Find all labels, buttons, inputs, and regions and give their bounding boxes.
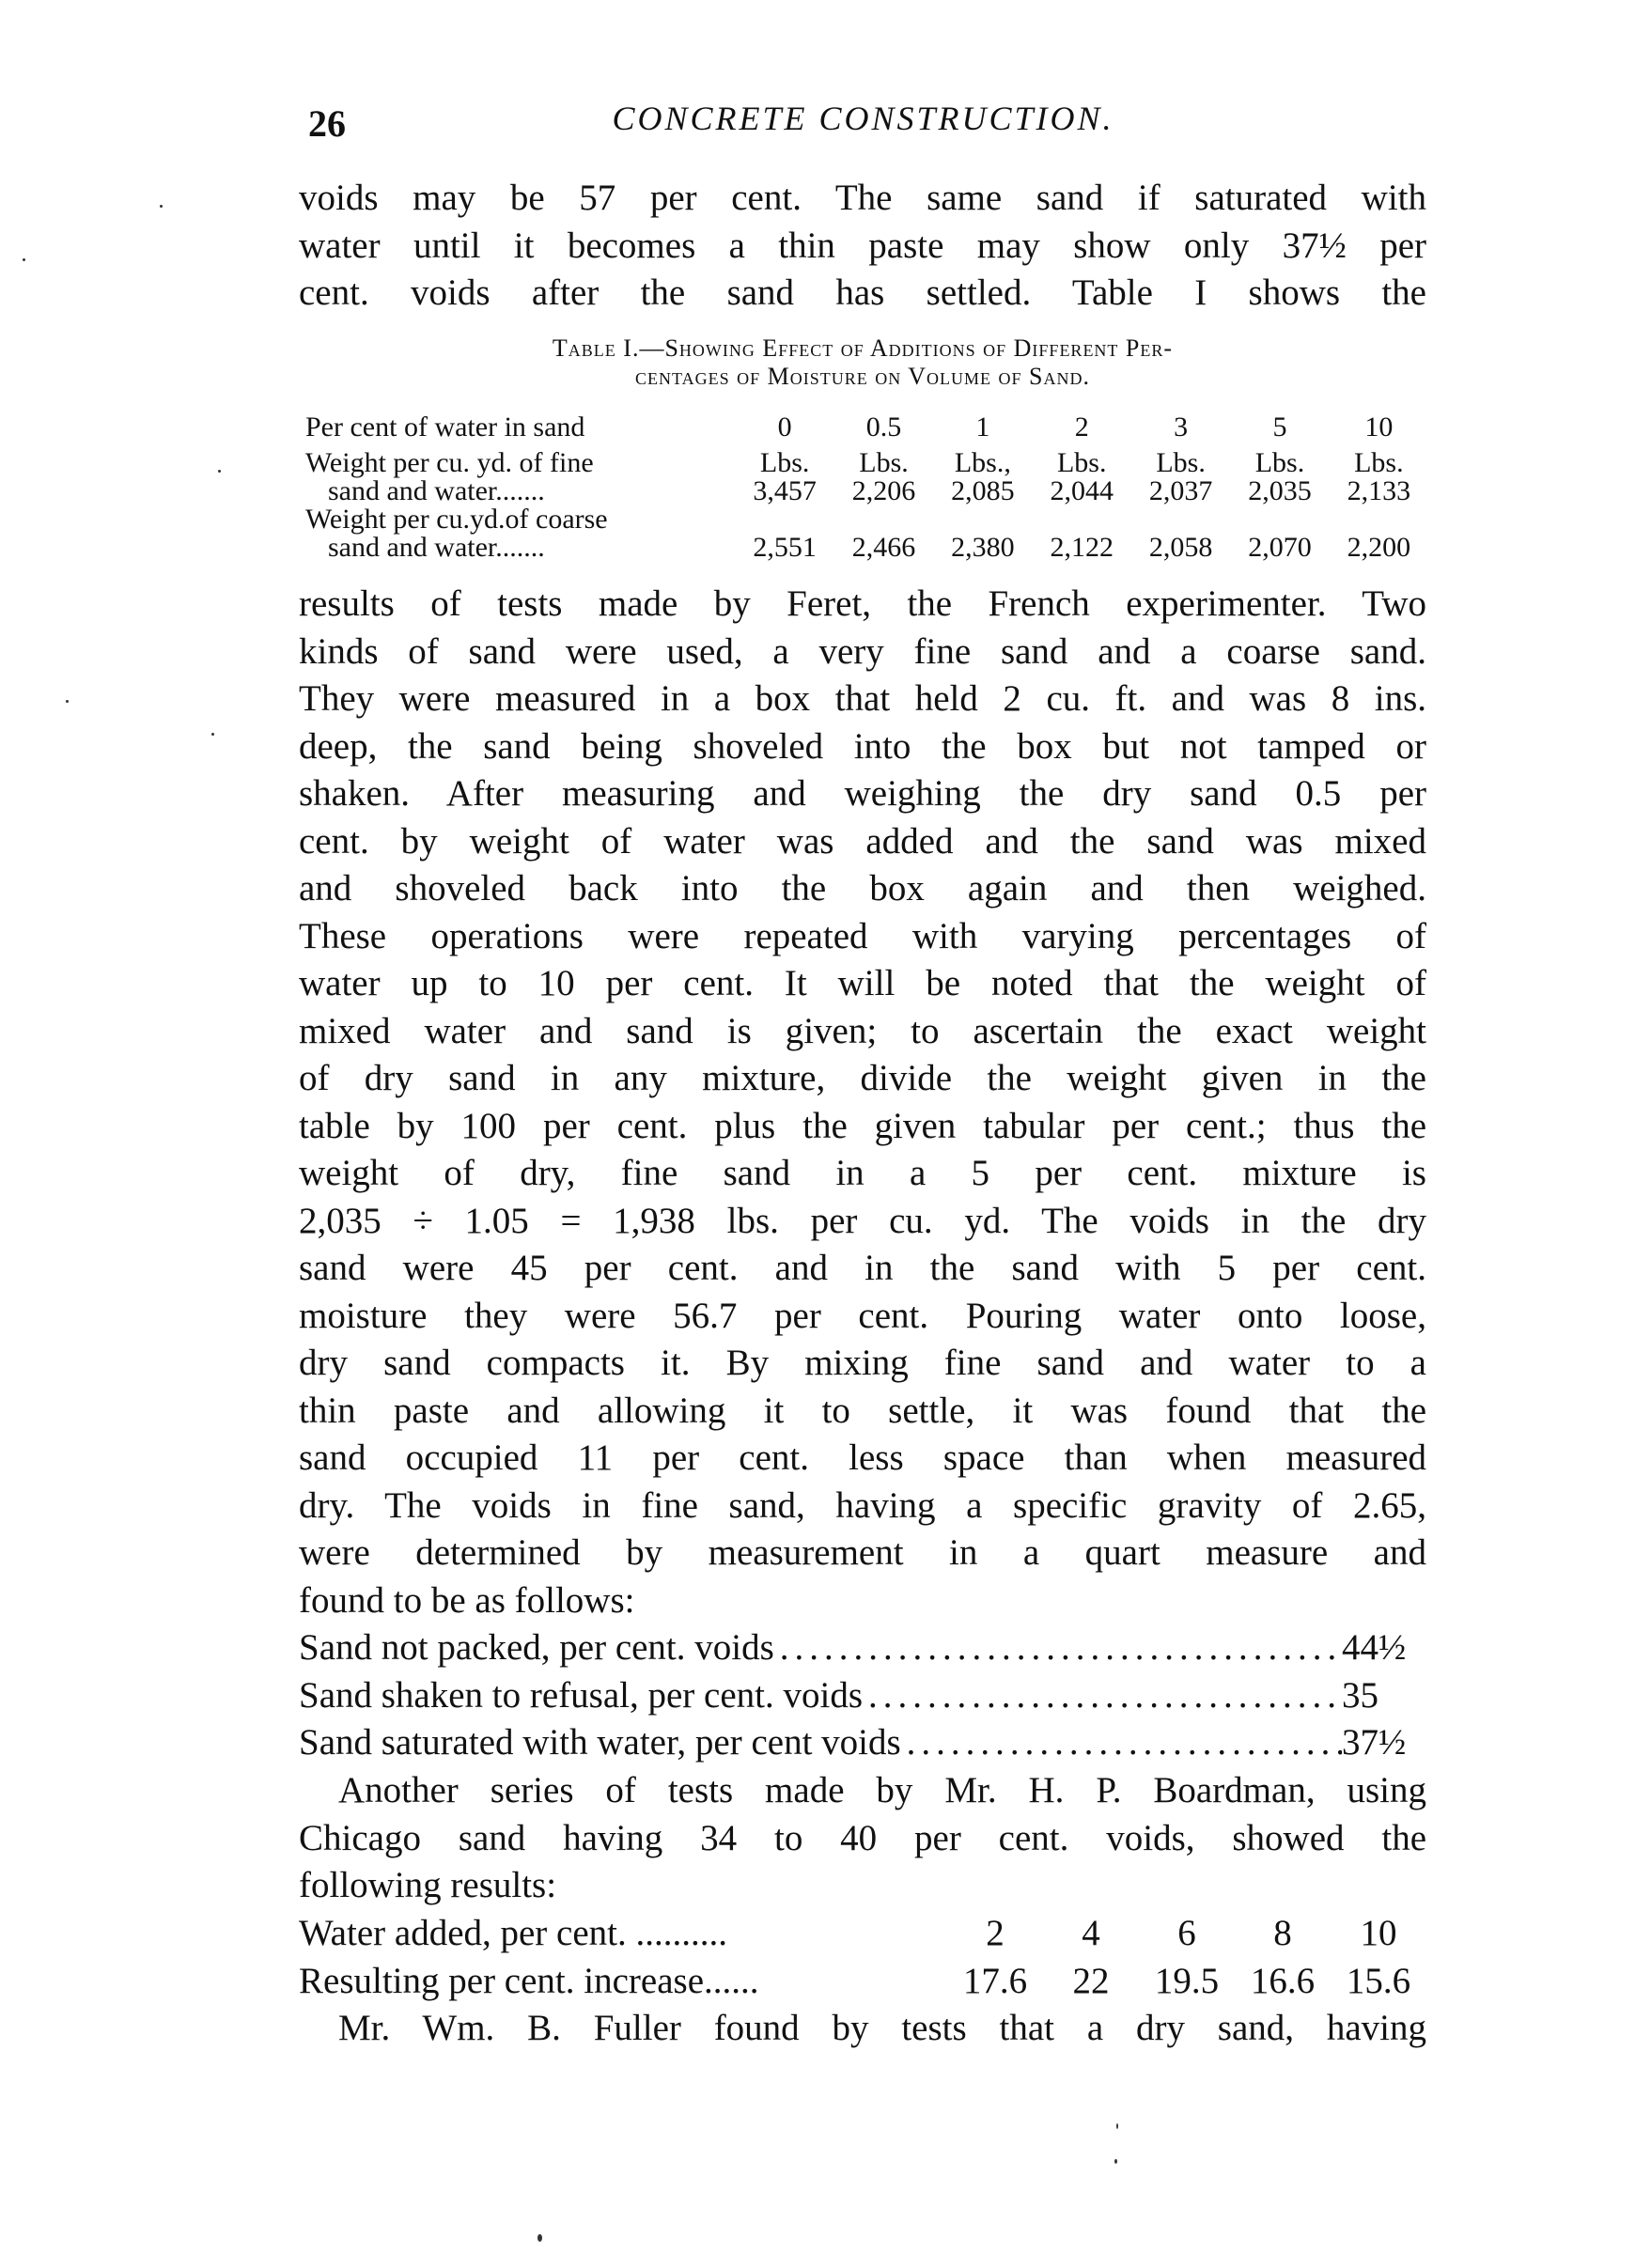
- intro-paragraph: voids may be 57 per cent. The same sand …: [299, 175, 1426, 318]
- column-header: 1: [933, 406, 1032, 449]
- value-cell: 2,035: [1230, 477, 1329, 505]
- header-label: Per cent of water in sand: [305, 406, 735, 449]
- row-label: Weight per cu. yd. of fine: [305, 449, 735, 477]
- text-line: deep, the sand being shoveled into the b…: [299, 723, 1426, 771]
- main-paragraph: results of tests made by Feret, the Fren…: [299, 581, 1426, 1624]
- value-cell: 2,044: [1033, 477, 1131, 505]
- text-line: shaken. After measuring and weighing the…: [299, 770, 1426, 818]
- scan-speck: [23, 258, 25, 261]
- text-line: sand were 45 per cent. and in the sand w…: [299, 1245, 1426, 1293]
- value-cell: 2,380: [933, 534, 1032, 562]
- voids-list: Sand not packed, per cent. voids .......…: [299, 1624, 1426, 1767]
- value-cell: 19.5: [1139, 1958, 1235, 2006]
- leader-dots: ........................................…: [774, 1624, 1342, 1672]
- boardman-table: Water added, per cent. .......... 2 4 6 …: [299, 1910, 1426, 2005]
- value-cell: 15.6: [1331, 1958, 1426, 2006]
- row-label: sand and water.......: [305, 477, 735, 505]
- value-cell: 2,058: [1131, 534, 1230, 562]
- scan-speck: [66, 700, 69, 703]
- value-cell: 2,551: [735, 534, 833, 562]
- text-line: and shoveled back into the box again and…: [299, 865, 1426, 913]
- value-cell: 6: [1139, 1910, 1235, 1958]
- moisture-table: Per cent of water in sand 0 0.5 1 2 3 5 …: [305, 406, 1428, 562]
- table-row: Water added, per cent. .......... 2 4 6 …: [299, 1910, 1426, 1958]
- list-item: Sand shaken to refusal, per cent. voids …: [299, 1672, 1426, 1720]
- unit-cell: Lbs.: [1033, 449, 1131, 477]
- text-line: moisture they were 56.7 per cent. Pourin…: [299, 1293, 1426, 1341]
- value-cell: 2,122: [1033, 534, 1131, 562]
- text-line: following results:: [299, 1862, 1426, 1910]
- text-line: weight of dry, fine sand in a 5 per cent…: [299, 1150, 1426, 1198]
- running-head: CONCRETE CONSTRUCTION.: [0, 99, 1651, 138]
- scan-speck: [218, 470, 221, 473]
- list-item-value: 37½: [1342, 1719, 1426, 1767]
- value-cell: 2: [947, 1910, 1043, 1958]
- value-cell: 2,037: [1131, 477, 1230, 505]
- value-cell: 2,133: [1330, 477, 1428, 505]
- text-line: dry sand compacts it. By mixing fine san…: [299, 1340, 1426, 1388]
- row-label: sand and water.......: [305, 534, 735, 562]
- unit-cell: Lbs.: [1230, 449, 1329, 477]
- text-line: Mr. Wm. B. Fuller found by tests that a …: [299, 2005, 1426, 2053]
- column-header: 0: [735, 406, 833, 449]
- table-caption-line: centages of Moisture on Volume of Sand.: [299, 363, 1426, 391]
- row-label: Weight per cu.yd.of coarse: [305, 505, 1428, 534]
- value-cell: 17.6: [947, 1958, 1043, 2006]
- text-line: of dry sand in any mixture, divide the w…: [299, 1055, 1426, 1103]
- unit-cell: Lbs.,: [933, 449, 1032, 477]
- list-item-value: 35: [1342, 1672, 1426, 1720]
- leader-dots: ........................................…: [863, 1672, 1342, 1720]
- value-cell: 10: [1331, 1910, 1426, 1958]
- text-line: found to be as follows:: [299, 1577, 1426, 1625]
- value-cell: 22: [1043, 1958, 1139, 2006]
- scan-speck: [1116, 2123, 1118, 2129]
- table-row: sand and water....... 2,551 2,466 2,380 …: [305, 534, 1428, 562]
- scan-speck: [211, 733, 214, 736]
- unit-cell: Lbs.: [1330, 449, 1428, 477]
- value-cell: 2,070: [1230, 534, 1329, 562]
- table-header-row: Per cent of water in sand 0 0.5 1 2 3 5 …: [305, 406, 1428, 449]
- text-line: kinds of sand were used, a very fine san…: [299, 629, 1426, 676]
- column-header: 3: [1131, 406, 1230, 449]
- value-cell: 2,200: [1330, 534, 1428, 562]
- column-header: 5: [1230, 406, 1329, 449]
- column-header: 10: [1330, 406, 1428, 449]
- text-line: dry. The voids in fine sand, having a sp…: [299, 1483, 1426, 1530]
- list-item-label: Sand saturated with water, per cent void…: [299, 1719, 901, 1767]
- value-cell: 2,206: [834, 477, 933, 505]
- text-line: thin paste and allowing it to settle, it…: [299, 1388, 1426, 1436]
- text-line: Chicago sand having 34 to 40 per cent. v…: [299, 1815, 1426, 1863]
- list-item: Sand not packed, per cent. voids .......…: [299, 1624, 1426, 1672]
- text-line: These operations were repeated with vary…: [299, 913, 1426, 961]
- table-caption-line: Table I.—Showing Effect of Additions of …: [299, 334, 1426, 363]
- text-line: sand occupied 11 per cent. less space th…: [299, 1435, 1426, 1483]
- table-row: sand and water....... 3,457 2,206 2,085 …: [305, 477, 1428, 505]
- list-item: Sand saturated with water, per cent void…: [299, 1719, 1426, 1767]
- column-header: 0.5: [834, 406, 933, 449]
- list-item-value: 44½: [1342, 1624, 1426, 1672]
- row-label: Resulting per cent. increase......: [299, 1958, 947, 2006]
- text-line: cent. by weight of water was added and t…: [299, 818, 1426, 866]
- text-line: cent. voids after the sand has settled. …: [299, 270, 1426, 318]
- unit-cell: Lbs.: [834, 449, 933, 477]
- value-cell: 2,466: [834, 534, 933, 562]
- table-row: Resulting per cent. increase...... 17.6 …: [299, 1958, 1426, 2006]
- value-cell: 2,085: [933, 477, 1032, 505]
- scan-speck: [160, 205, 163, 208]
- text-line: 2,035 ÷ 1.05 = 1,938 lbs. per cu. yd. Th…: [299, 1198, 1426, 1246]
- text-line: were determined by measurement in a quar…: [299, 1530, 1426, 1577]
- text-line: They were measured in a box that held 2 …: [299, 676, 1426, 723]
- text-line: results of tests made by Feret, the Fren…: [299, 581, 1426, 629]
- value-cell: 4: [1043, 1910, 1139, 1958]
- unit-cell: Lbs.: [735, 449, 833, 477]
- table-row: Weight per cu.yd.of coarse: [305, 505, 1428, 534]
- list-item-label: Sand not packed, per cent. voids: [299, 1624, 774, 1672]
- scan-speck: [537, 2234, 542, 2242]
- closing-paragraph: Mr. Wm. B. Fuller found by tests that a …: [299, 2005, 1426, 2053]
- text-line: mixed water and sand is given; to ascert…: [299, 1008, 1426, 1056]
- boardman-paragraph: Another series of tests made by Mr. H. P…: [299, 1767, 1426, 1910]
- scan-speck: [1114, 2159, 1117, 2164]
- table-row: Weight per cu. yd. of fine Lbs. Lbs. Lbs…: [305, 449, 1428, 477]
- leader-dots: ........................................…: [901, 1719, 1342, 1767]
- value-cell: 3,457: [735, 477, 833, 505]
- text-line: water until it becomes a thin paste may …: [299, 223, 1426, 271]
- column-header: 2: [1033, 406, 1131, 449]
- table-caption: Table I.—Showing Effect of Additions of …: [299, 334, 1426, 391]
- row-label: Water added, per cent. ..........: [299, 1910, 947, 1958]
- text-line: voids may be 57 per cent. The same sand …: [299, 175, 1426, 223]
- text-line: water up to 10 per cent. It will be note…: [299, 960, 1426, 1008]
- text-line: Another series of tests made by Mr. H. P…: [299, 1767, 1426, 1815]
- value-cell: 8: [1235, 1910, 1331, 1958]
- list-item-label: Sand shaken to refusal, per cent. voids: [299, 1672, 863, 1720]
- unit-cell: Lbs.: [1131, 449, 1230, 477]
- value-cell: 16.6: [1235, 1958, 1331, 2006]
- text-line: table by 100 per cent. plus the given ta…: [299, 1103, 1426, 1151]
